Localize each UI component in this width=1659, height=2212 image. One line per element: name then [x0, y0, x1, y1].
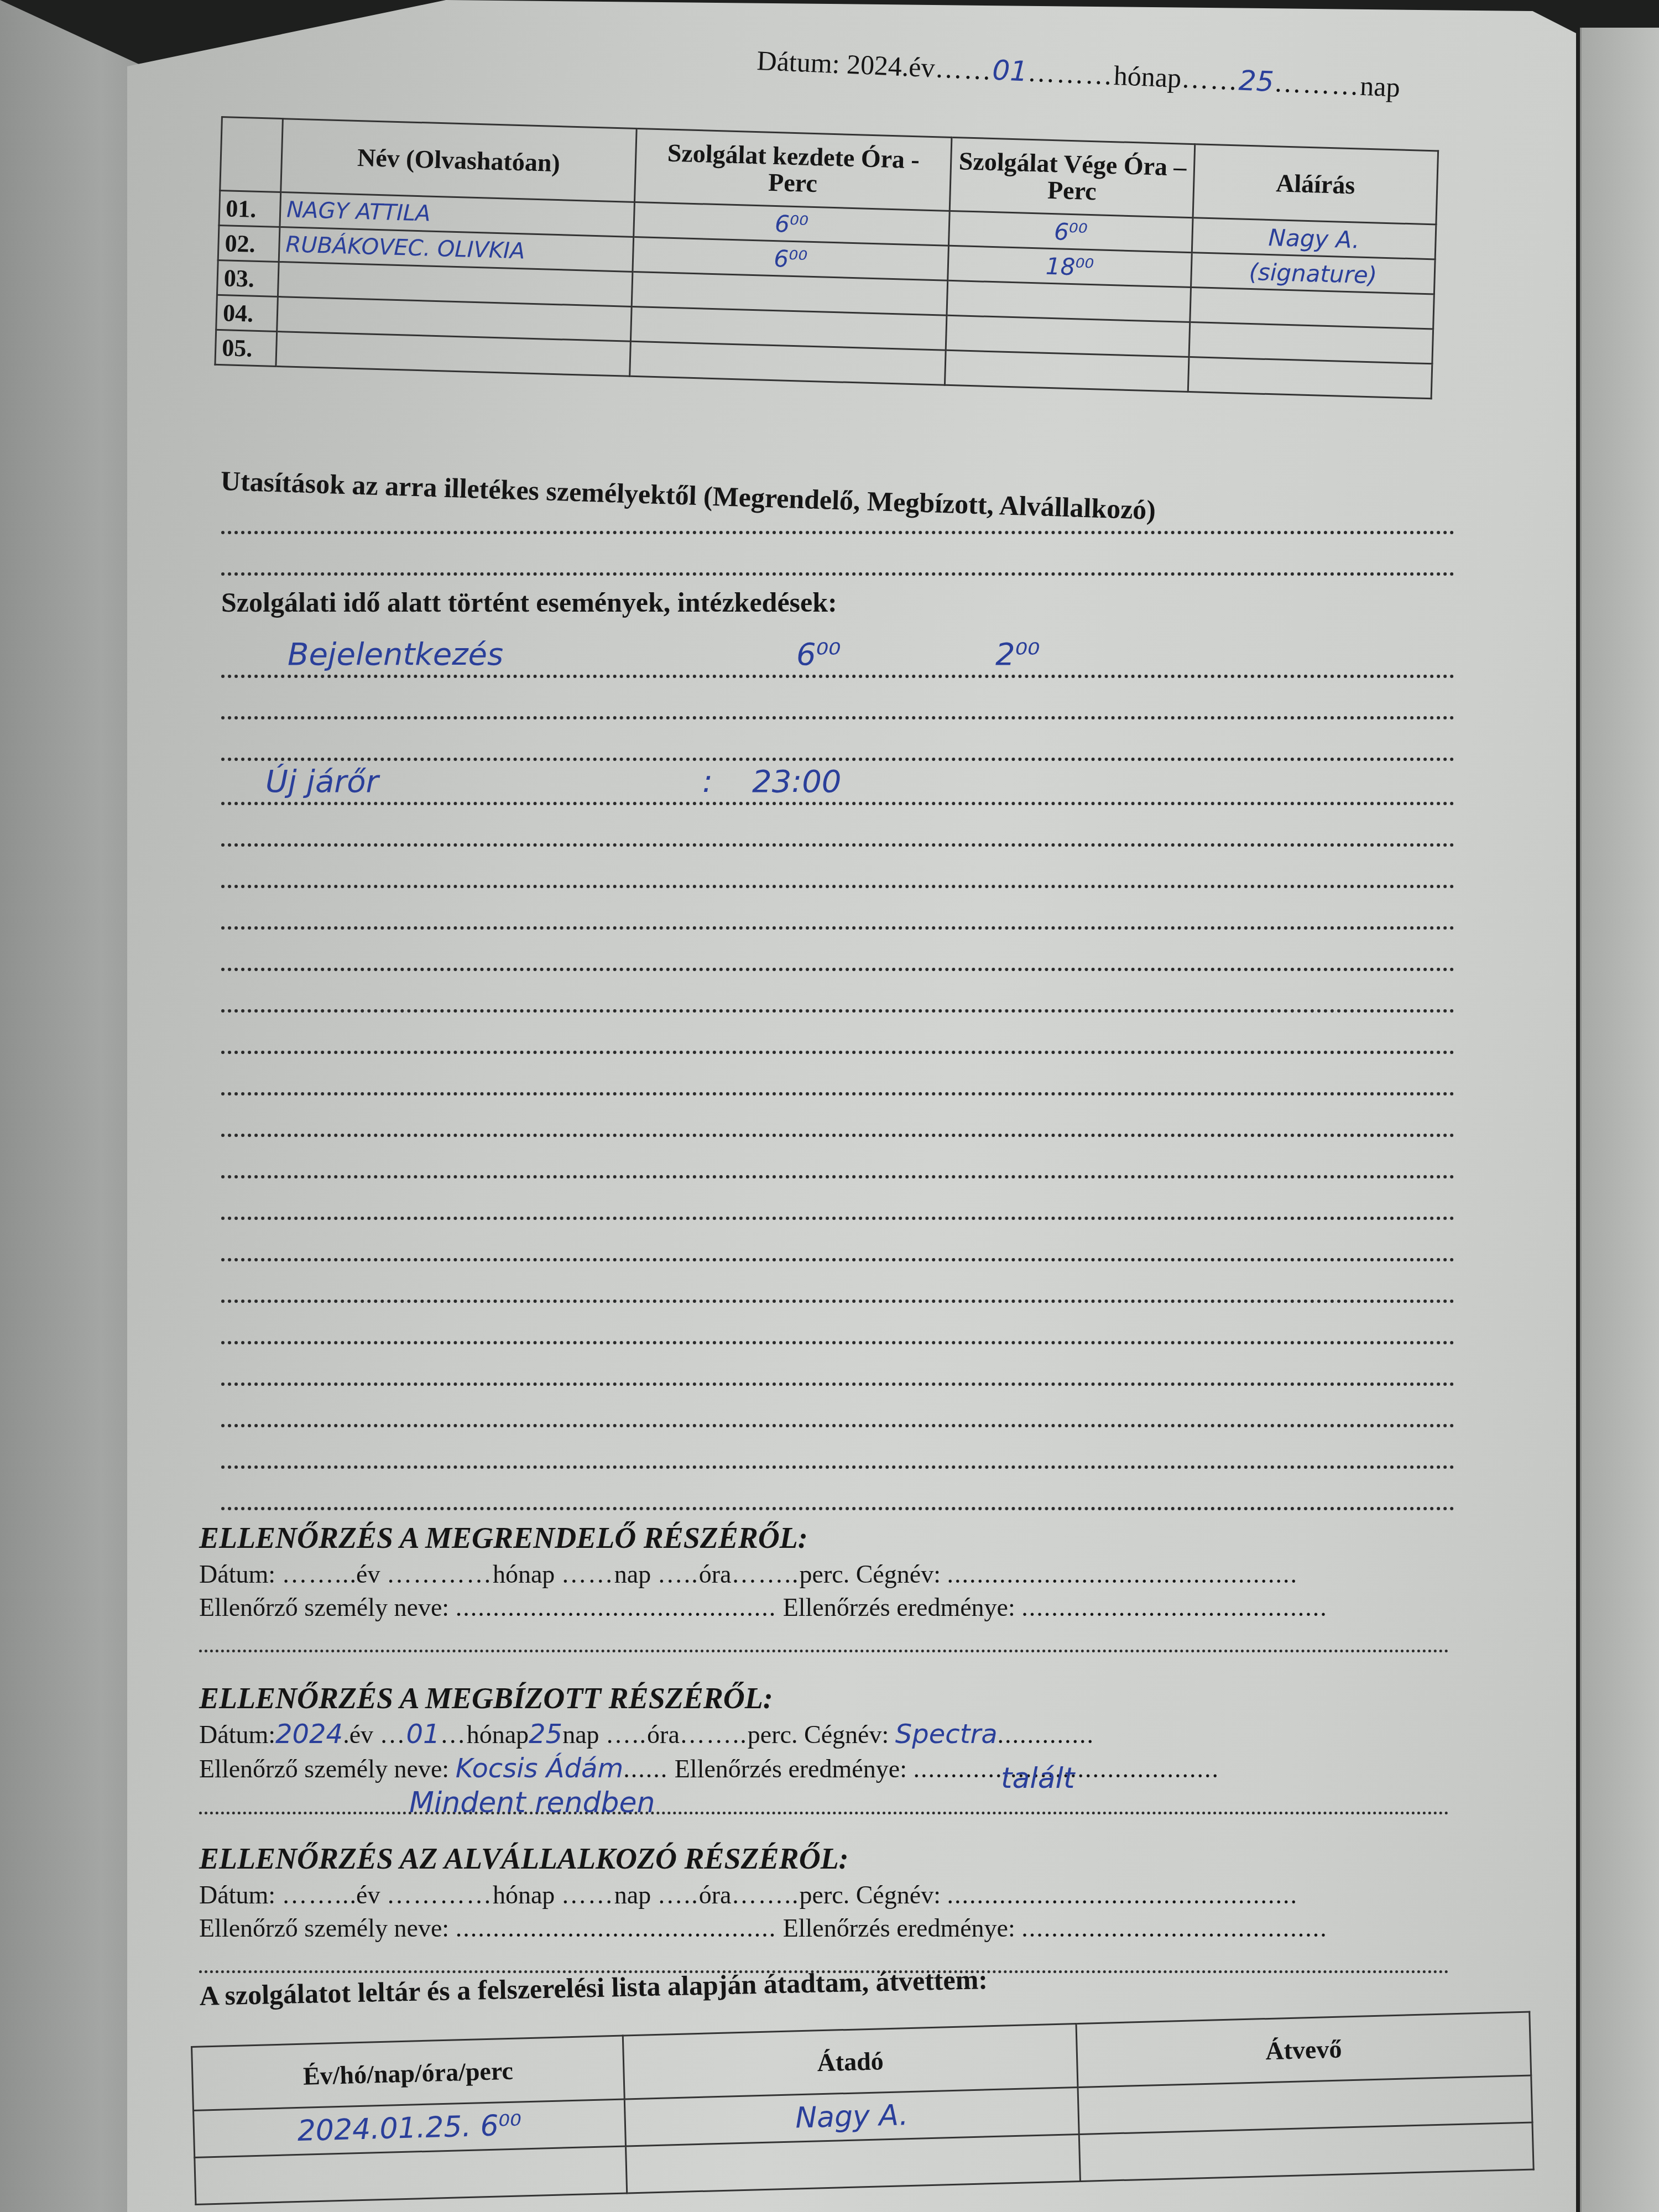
company-field[interactable]: Spectra	[895, 1719, 998, 1750]
year-field[interactable]: 2024	[275, 1719, 343, 1750]
event-line[interactable]	[221, 810, 1454, 847]
person-field[interactable]: Kocsis Ádám	[456, 1753, 624, 1784]
shift-table: Név (Olvashatóan) Szolgálat kezdete Óra …	[214, 116, 1439, 399]
col-name: Név (Olvashatóan)	[281, 119, 637, 202]
event-time: :	[702, 764, 713, 800]
result-field-cont[interactable]: talált	[1001, 1762, 1074, 1795]
check-person-row: Ellenőrző személy neve: ................…	[199, 1593, 1449, 1622]
col-receiver: Átvevő	[1076, 2012, 1531, 2087]
next-page-edge	[1580, 28, 1659, 2212]
check-subcontractor: ELLENŐRZÉS AZ ALVÁLLALKOZÓ RÉSZÉRŐL: Dát…	[199, 1841, 1449, 1973]
event-line[interactable]	[221, 976, 1454, 1013]
result-line[interactable]: Mindent rendben talált	[199, 1784, 1449, 1814]
day-field[interactable]: 25	[529, 1719, 562, 1750]
date-label: Dátum: 2024.év	[757, 45, 936, 83]
event-line[interactable]: Új járőr : 23:00	[221, 769, 1454, 805]
col-datetime: Év/hó/nap/óra/perc	[192, 2036, 625, 2110]
event-line[interactable]	[221, 1183, 1454, 1220]
left-page	[0, 0, 144, 2212]
check-agent: ELLENŐRZÉS A MEGBÍZOTT RÉSZÉRŐL: Dátum:2…	[199, 1681, 1449, 1814]
event-line[interactable]	[221, 1059, 1454, 1095]
check-date-row: Dátum: ……...év …………hónap ……nap …..óra…….…	[199, 1879, 1449, 1910]
event-line[interactable]	[221, 852, 1454, 888]
month-field[interactable]: 01	[992, 54, 1028, 88]
event-line[interactable]	[221, 1349, 1454, 1386]
col-end: Szolgálat Vége Óra – Perc	[950, 137, 1195, 217]
instructions-line[interactable]	[221, 572, 1454, 576]
event-text: Bejelentkezés	[288, 637, 503, 672]
event-line[interactable]	[221, 1018, 1454, 1054]
col-giver: Átadó	[623, 2024, 1078, 2099]
row-number: 01.	[219, 190, 281, 227]
row-number: 04.	[216, 295, 278, 331]
check-customer: ELLENŐRZÉS A MEGRENDELŐ RÉSZÉRŐL: Dátum:…	[199, 1521, 1449, 1652]
day-label: nap	[1359, 70, 1400, 103]
month-field[interactable]: 01	[406, 1719, 440, 1750]
check-person-row: Ellenőrző személy neve: ................…	[199, 1913, 1449, 1943]
row-number: 02.	[218, 225, 280, 262]
event-line[interactable]	[221, 724, 1454, 761]
col-signature: Aláírás	[1193, 144, 1438, 225]
day-field[interactable]: 25	[1238, 65, 1275, 98]
event-line[interactable]	[221, 1266, 1454, 1303]
event-line[interactable]	[221, 1391, 1454, 1427]
instructions-line[interactable]	[221, 531, 1454, 534]
result-field[interactable]: Mindent rendben	[409, 1786, 655, 1819]
event-line[interactable]: Bejelentkezés 6⁰⁰ 2⁰⁰	[221, 641, 1454, 678]
event-line[interactable]	[221, 1142, 1454, 1178]
event-line[interactable]	[221, 1474, 1454, 1510]
col-start: Szolgálat kezdete Óra - Perc	[634, 128, 951, 211]
check-date-row: Dátum:2024.év …01…hónap25nap …..óra……..p…	[199, 1719, 1449, 1750]
col-num	[220, 117, 283, 192]
event-line[interactable]	[221, 1225, 1454, 1261]
check-date-row: Dátum: ……...év …………hónap ……nap …..óra…….…	[199, 1558, 1449, 1589]
event-time: 23:00	[752, 764, 841, 800]
event-text: Új járőr	[265, 764, 379, 800]
event-line[interactable]	[221, 1308, 1454, 1344]
event-line[interactable]	[221, 1100, 1454, 1137]
end-cell[interactable]	[945, 350, 1189, 392]
row-number: 03.	[217, 260, 279, 296]
check-title: ELLENŐRZÉS A MEGRENDELŐ RÉSZÉRŐL:	[199, 1521, 1449, 1555]
event-time: 2⁰⁰	[995, 637, 1040, 672]
row-number: 05.	[215, 330, 277, 366]
events-title: Szolgálati idő alatt történt események, …	[221, 586, 837, 618]
month-label: hónap	[1113, 60, 1182, 93]
check-title: ELLENŐRZÉS A MEGBÍZOTT RÉSZÉRŐL:	[199, 1681, 1449, 1715]
check-title: ELLENŐRZÉS AZ ALVÁLLALKOZÓ RÉSZÉRŐL:	[199, 1841, 1449, 1876]
event-line[interactable]	[221, 935, 1454, 971]
result-line[interactable]	[199, 1622, 1449, 1652]
event-time: 6⁰⁰	[796, 637, 841, 672]
event-line[interactable]	[221, 893, 1454, 930]
event-line[interactable]	[221, 683, 1454, 719]
check-person-row: Ellenőrző személy neve: Kocsis Ádám.....…	[199, 1753, 1449, 1784]
signature-cell[interactable]	[1188, 357, 1432, 399]
event-line[interactable]	[221, 1432, 1454, 1469]
